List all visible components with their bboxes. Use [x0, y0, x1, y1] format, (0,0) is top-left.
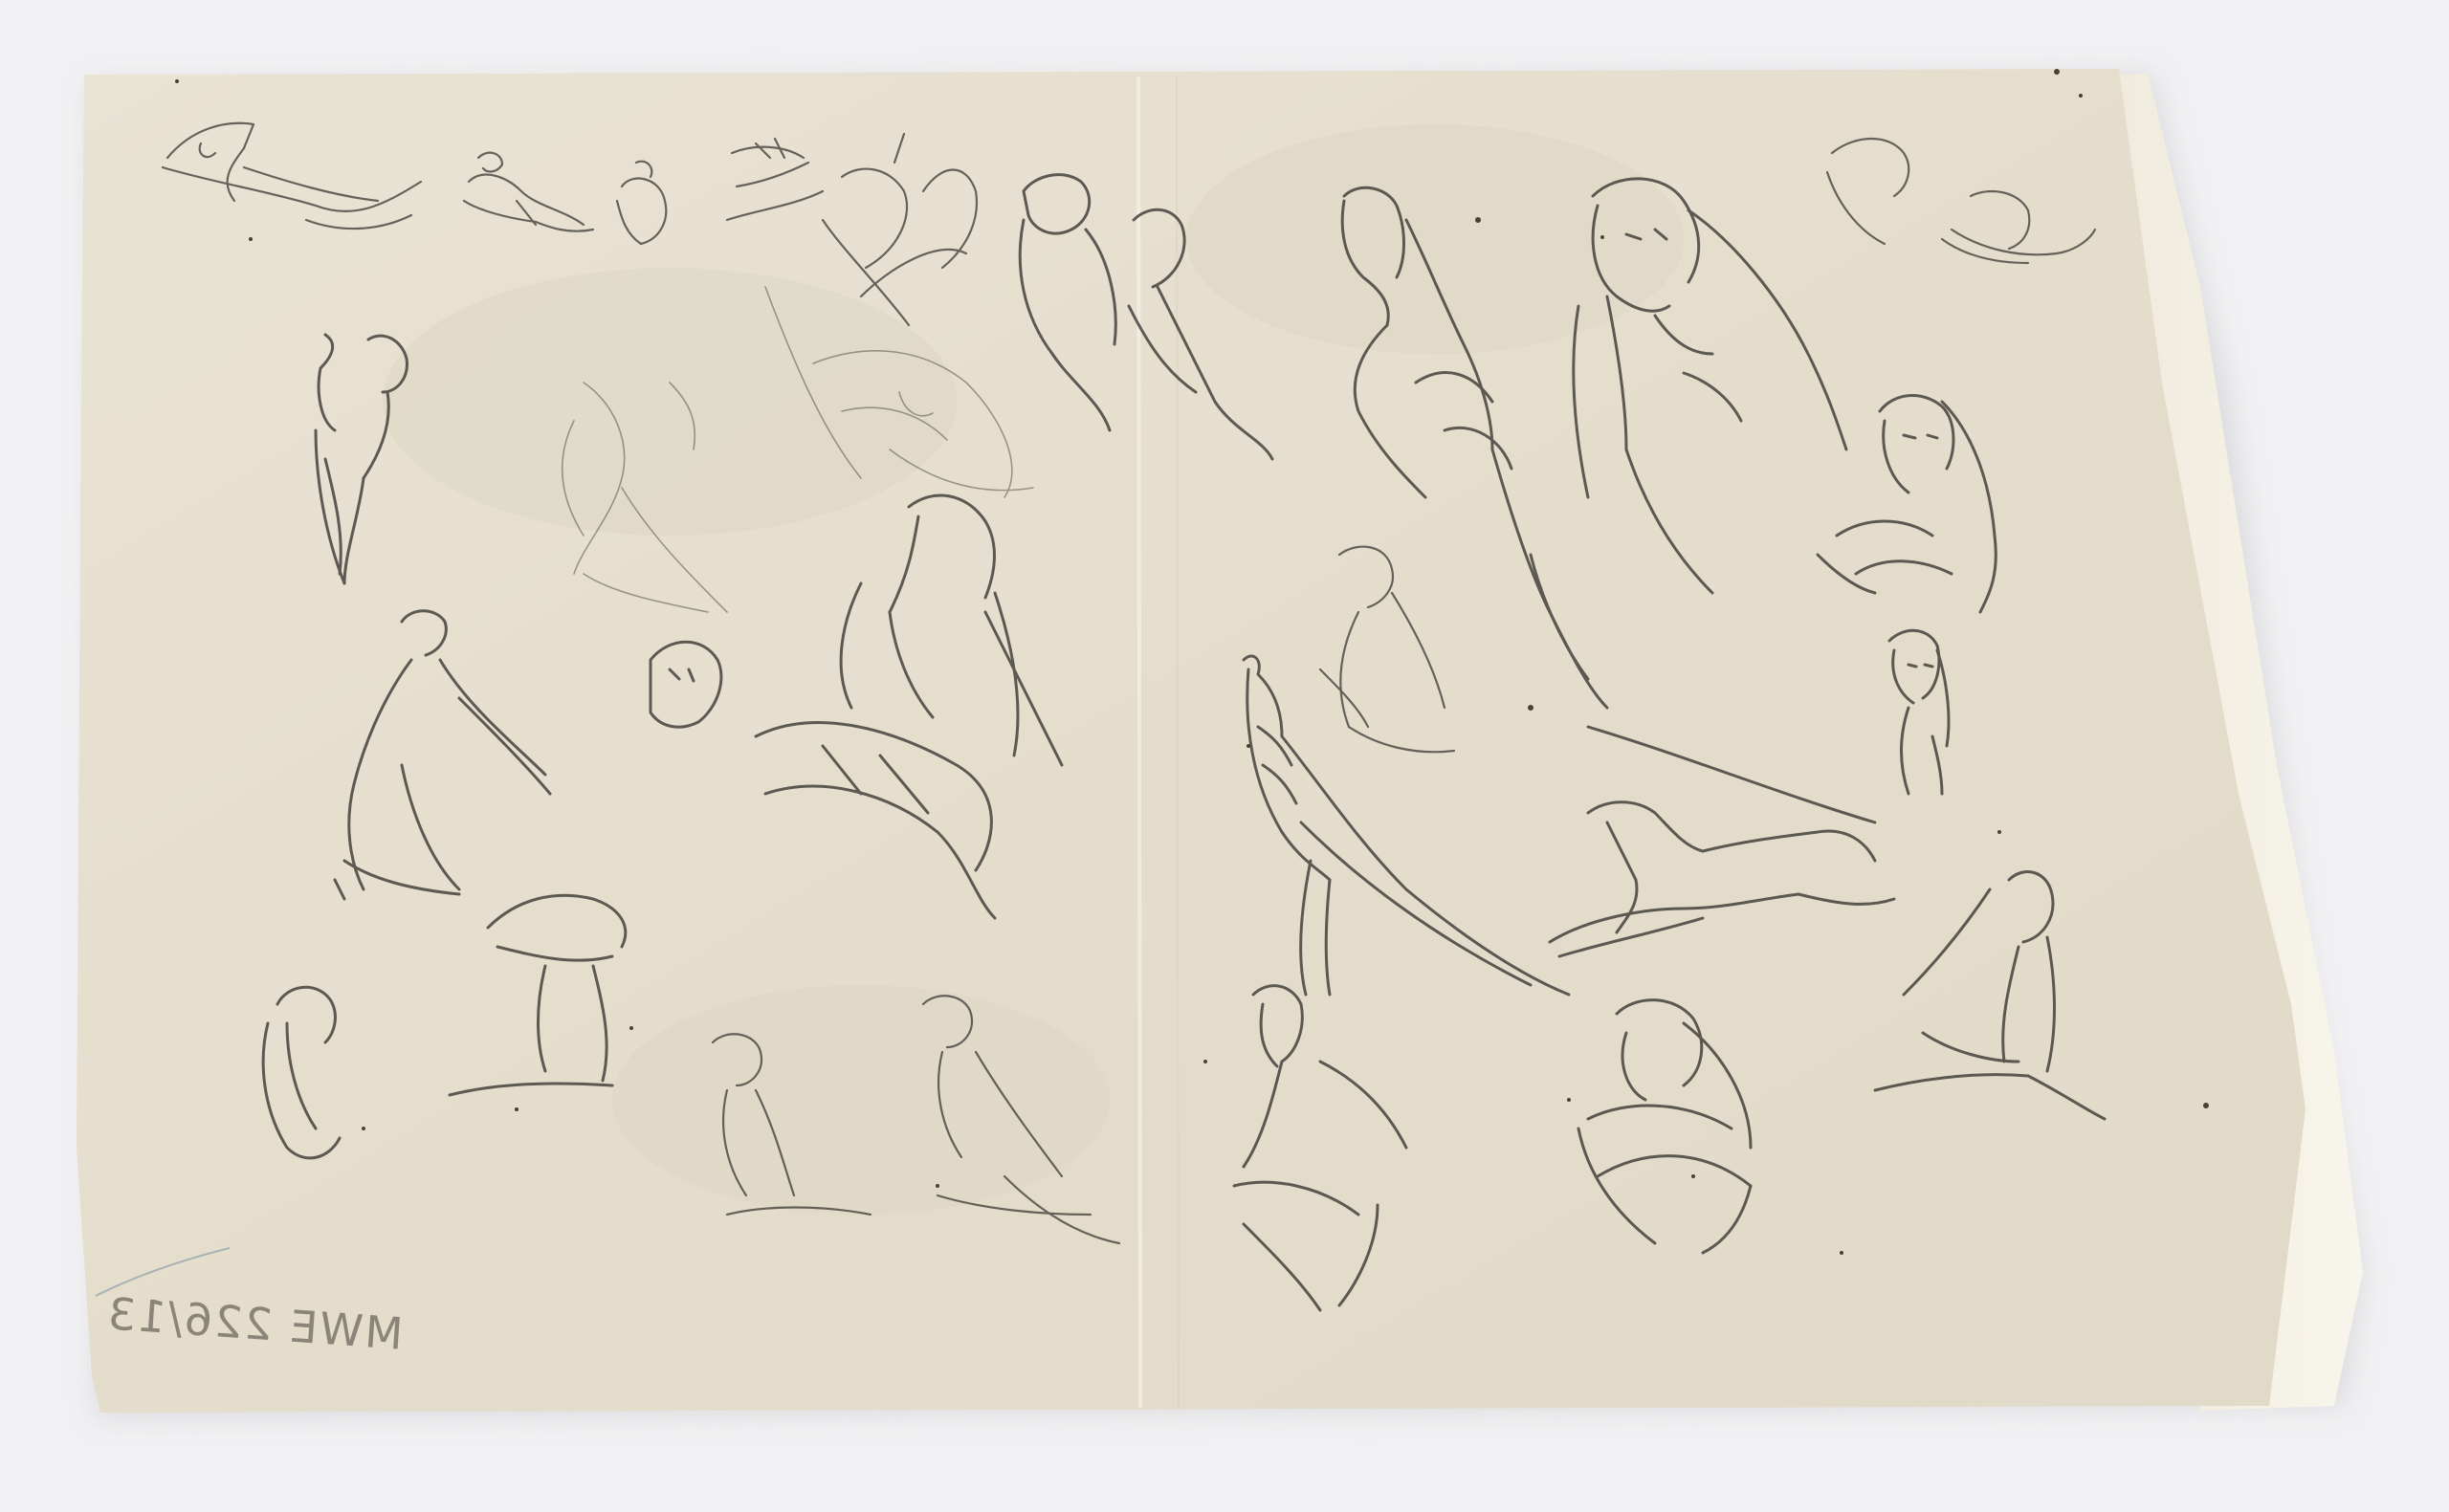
fold-line — [1138, 77, 1140, 1408]
paper-sheet — [77, 69, 2306, 1413]
photograph: MWE 226/13 — [0, 0, 2449, 1512]
